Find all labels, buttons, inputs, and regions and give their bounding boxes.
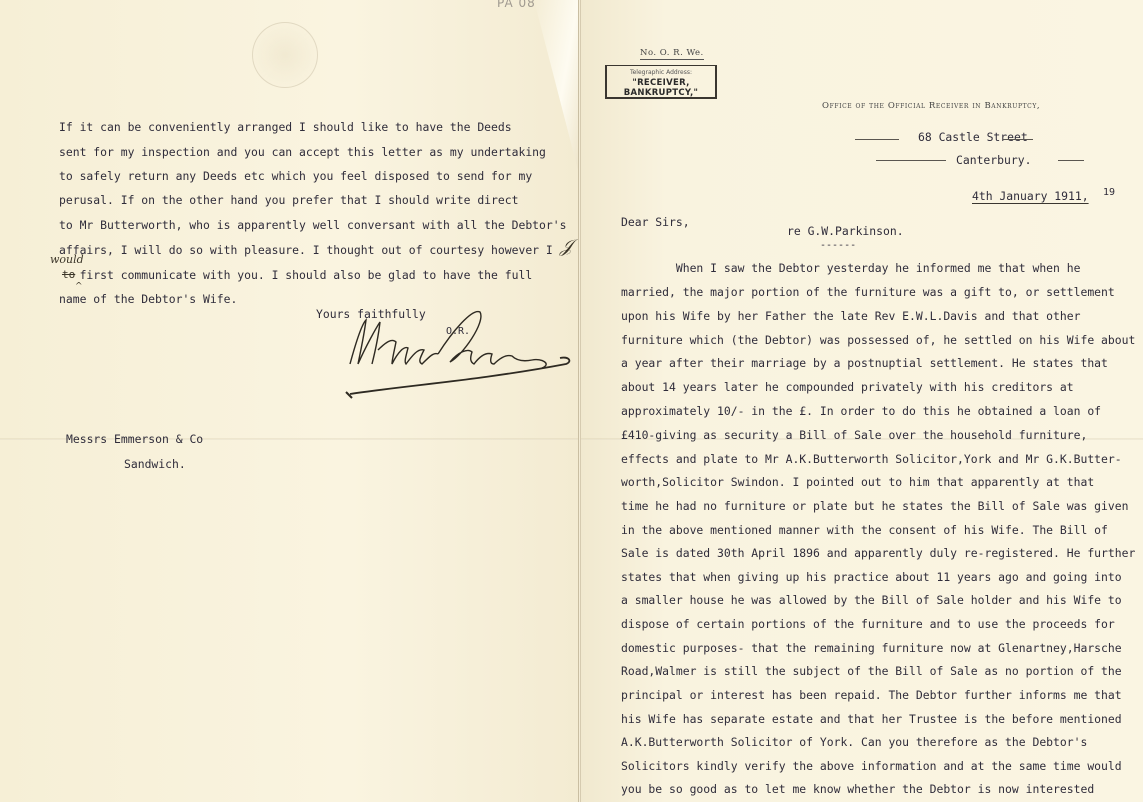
- caret-mark-icon: ^: [75, 282, 83, 292]
- letter-date: 4th January 1911,: [972, 189, 1089, 203]
- city: Canterbury.: [956, 153, 1031, 167]
- body-line: to Mr Butterworth, who is apparently wel…: [59, 218, 566, 232]
- body-line: first communicate with you. I should als…: [59, 268, 532, 282]
- body-line: domestic purposes- that the remaining fu…: [621, 641, 1122, 655]
- addressee-name: Messrs Emmerson & Co: [66, 432, 203, 446]
- body-line: in the above mentioned manner with the c…: [621, 523, 1108, 537]
- subject-line: re G.W.Parkinson.: [787, 224, 904, 238]
- embossed-seal-icon: [252, 22, 318, 88]
- body-line: a smaller house he was allowed by the Bi…: [621, 593, 1122, 607]
- subject-rule: ------: [820, 240, 856, 251]
- body-line: sent for my inspection and you can accep…: [59, 145, 546, 159]
- body-line: his Wife has separate estate and that he…: [621, 712, 1122, 726]
- address-rule: [876, 160, 946, 161]
- body-line: married, the major portion of the furnit…: [621, 285, 1115, 299]
- body-line: When I saw the Debtor yesterday he infor…: [621, 261, 1080, 275]
- handwritten-insertion: would: [50, 253, 84, 266]
- salutation: Dear Sirs,: [621, 215, 690, 229]
- address-rule: [1003, 139, 1033, 140]
- telegraphic-address-stamp: Telegraphic Address: "RECEIVER, BANKRUPT…: [605, 65, 717, 99]
- reference-number: No. O. R. We.: [640, 48, 704, 60]
- telegraphic-label: Telegraphic Address:: [607, 69, 715, 76]
- office-header: Office of the Official Receiver in Bankr…: [822, 101, 1040, 111]
- body-line: states that when giving up his practice …: [621, 570, 1122, 584]
- date-year-suffix: 19: [1103, 187, 1115, 198]
- address-rule: [1058, 160, 1084, 161]
- body-line: to safely return any Deeds etc which you…: [59, 169, 532, 183]
- body-line: upon his Wife by her Father the late Rev…: [621, 309, 1080, 323]
- body-line: furniture which (the Debtor) was possess…: [621, 333, 1135, 347]
- body-line: dispose of certain portions of the furni…: [621, 617, 1115, 631]
- body-line: Solicitors kindly verify the above infor…: [621, 759, 1122, 773]
- letter-page-right: [580, 0, 1143, 802]
- body-line: affairs, I will do so with pleasure. I t…: [59, 243, 553, 257]
- body-line: a year after their marriage by a postnup…: [621, 356, 1108, 370]
- body-line: £410-giving as security a Bill of Sale o…: [621, 428, 1087, 442]
- body-line: A.K.Butterworth Solicitor of York. Can y…: [621, 735, 1087, 749]
- body-line: effects and plate to Mr A.K.Butterworth …: [621, 452, 1122, 466]
- body-line: name of the Debtor's Wife.: [59, 292, 237, 306]
- body-line: worth,Solicitor Swindon. I pointed out t…: [621, 475, 1094, 489]
- body-line: time he had no furniture or plate but he…: [621, 499, 1128, 513]
- body-line: approximately 10/- in the £. In order to…: [621, 404, 1101, 418]
- body-line: Sale is dated 30th April 1896 and appare…: [621, 546, 1135, 560]
- signature-icon: [342, 302, 574, 402]
- struck-word: to: [62, 268, 75, 281]
- body-line: you be so good as to let me know whether…: [621, 782, 1094, 796]
- archive-reference: PA 08: [497, 0, 536, 10]
- addressee-town: Sandwich.: [124, 457, 186, 471]
- street-address: 68 Castle Street: [918, 130, 1028, 144]
- body-line: perusal. If on the other hand you prefer…: [59, 193, 518, 207]
- body-line: If it can be conveniently arranged I sho…: [59, 120, 512, 134]
- address-rule: [855, 139, 899, 140]
- body-line: Road,Walmer is still the subject of the …: [621, 664, 1122, 678]
- handwritten-mark-icon: 𝒥: [560, 236, 572, 257]
- telegraphic-address: "RECEIVER, BANKRUPTCY,": [607, 78, 715, 98]
- letter-page-left: PA 08 If it can be conveniently arranged…: [0, 0, 579, 802]
- signature-title: O.R.: [446, 326, 470, 337]
- body-line: about 14 years later he compounded priva…: [621, 380, 1074, 394]
- body-line: principal or interest has been repaid. T…: [621, 688, 1122, 702]
